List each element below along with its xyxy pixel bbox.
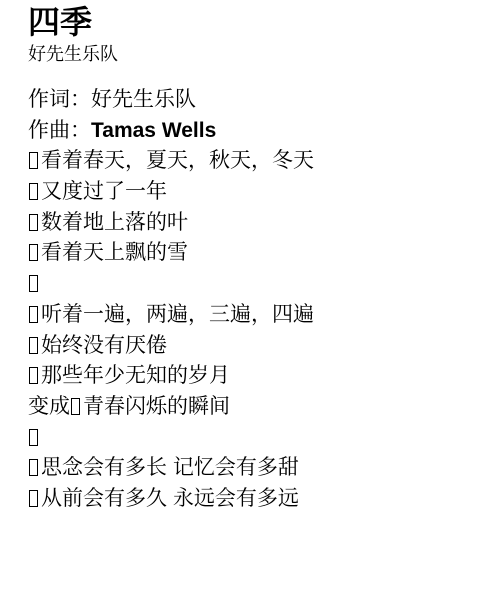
missing-glyph-box	[29, 275, 38, 292]
lyric-line: 听着一遍，两遍，三遍，四遍	[28, 300, 490, 331]
lyric-line: 看着春天，夏天，秋天，冬天	[28, 146, 490, 177]
lyric-line: 思念会有多长 记忆会有多甜	[28, 453, 490, 484]
lyrics-and-credits: 作词：好先生乐队作曲：Tamas Wells看着春天，夏天，秋天，冬天又度过了一…	[28, 85, 490, 515]
lyric-line: 那些年少无知的岁月	[28, 361, 490, 392]
lyric-line: 变成青春闪烁的瞬间	[28, 392, 490, 423]
song-title: 四季	[28, 3, 490, 41]
missing-glyph-box	[71, 398, 80, 415]
missing-glyph-box	[29, 367, 38, 384]
missing-glyph-box	[29, 459, 38, 476]
credit-value: 好先生乐队	[91, 88, 196, 111]
missing-glyph-box	[29, 490, 38, 507]
missing-glyph-box	[29, 429, 38, 446]
lyric-line: 从前会有多久 永远会有多远	[28, 484, 490, 515]
lyric-line: 数着地上落的叶	[28, 208, 490, 239]
lyric-line: 又度过了一年	[28, 177, 490, 208]
credit-line: 作曲：Tamas Wells	[28, 116, 490, 147]
credit-value: Tamas Wells	[91, 119, 216, 142]
credit-label: 作曲：	[28, 119, 91, 142]
lyric-line	[28, 269, 490, 300]
artist-name: 好先生乐队	[28, 43, 490, 66]
lyric-line: 看着天上飘的雪	[28, 238, 490, 269]
missing-glyph-box	[29, 152, 38, 169]
missing-glyph-box	[29, 337, 38, 354]
lyric-line	[28, 423, 490, 454]
credit-label: 作词：	[28, 88, 91, 111]
missing-glyph-box	[29, 183, 38, 200]
lyrics-page: 四季 好先生乐队 作词：好先生乐队作曲：Tamas Wells看着春天，夏天，秋…	[0, 0, 500, 610]
credit-line: 作词：好先生乐队	[28, 85, 490, 116]
missing-glyph-box	[29, 214, 38, 231]
lyric-line: 始终没有厌倦	[28, 331, 490, 362]
missing-glyph-box	[29, 244, 38, 261]
missing-glyph-box	[29, 306, 38, 323]
